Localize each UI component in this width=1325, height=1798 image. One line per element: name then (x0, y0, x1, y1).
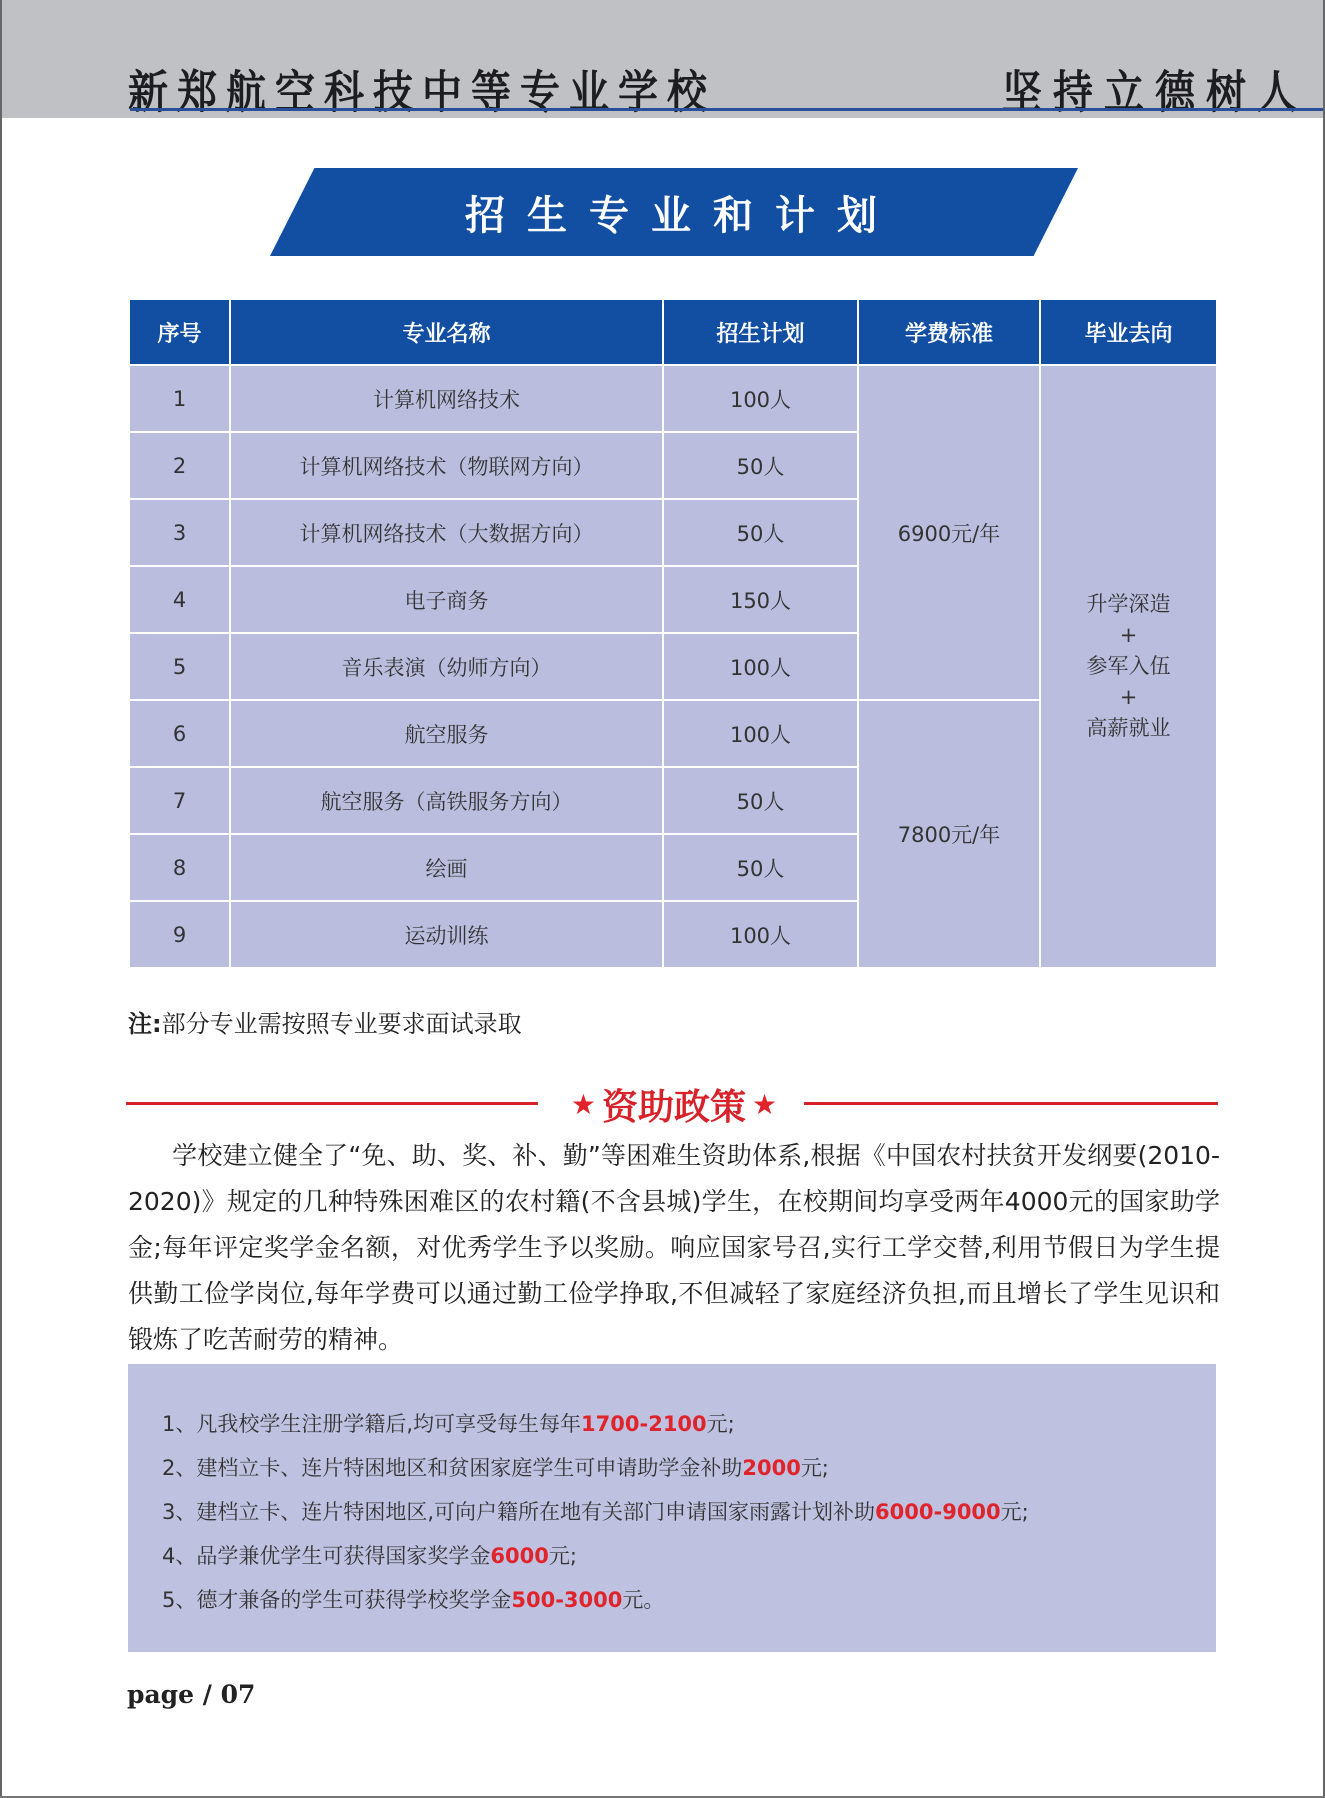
cell-quota: 100人 (663, 700, 858, 767)
divider-line-left (126, 1102, 538, 1105)
column-header-quota: 招生计划 (663, 299, 858, 365)
aid-policy-list: 1、凡我校学生注册学籍后,均可享受每生每年1700-2100元; 2、建档立卡、… (162, 1402, 1029, 1622)
school-motto: 坚持立德树人 (1002, 57, 1308, 121)
aid-section-header: ★ 资助政策 ★ (126, 1078, 1218, 1130)
column-header-no: 序号 (129, 299, 230, 365)
cell-no: 1 (129, 365, 230, 432)
note-text: 部分专业需按照专业要求面试录取 (162, 1010, 522, 1038)
cell-quota: 150人 (663, 566, 858, 633)
cell-no: 6 (129, 700, 230, 767)
header-divider (130, 108, 1325, 111)
aid-intro-text: 学校建立健全了“免、助、奖、补、勤”等困难生资助体系,根据《中国农村扶贫开发纲要… (128, 1141, 1220, 1354)
cell-quota: 50人 (663, 834, 858, 901)
cell-outcome: 升学深造 + 参军入伍 + 高薪就业 (1040, 365, 1217, 968)
cell-no: 3 (129, 499, 230, 566)
cell-no: 9 (129, 901, 230, 968)
cell-major: 电子商务 (230, 566, 663, 633)
cell-quota: 50人 (663, 767, 858, 834)
cell-no: 5 (129, 633, 230, 700)
policy-text: 5、德才兼备的学生可获得学校奖学金 (162, 1588, 511, 1612)
policy-amount: 6000-9000 (875, 1500, 1001, 1524)
policy-amount: 1700-2100 (581, 1412, 707, 1436)
policy-suffix: 元; (801, 1456, 829, 1480)
cell-major: 计算机网络技术 (230, 365, 663, 432)
policy-suffix: 元; (1001, 1500, 1029, 1524)
policy-amount: 2000 (742, 1456, 800, 1480)
banner-title: 招生专业和计划 (270, 168, 1078, 256)
page-border-left (0, 0, 2, 1798)
policy-item: 3、建档立卡、连片特困地区,可向户籍所在地有关部门申请国家雨露计划补助6000-… (162, 1490, 1029, 1534)
cell-quota: 50人 (663, 499, 858, 566)
outcome-line: 参军入伍 (1041, 651, 1216, 682)
cell-fee-group-2: 7800元/年 (858, 700, 1040, 968)
cell-fee-group-1: 6900元/年 (858, 365, 1040, 700)
column-header-major: 专业名称 (230, 299, 663, 365)
cell-major: 音乐表演（幼师方向） (230, 633, 663, 700)
aid-intro-paragraph: 学校建立健全了“免、助、奖、补、勤”等困难生资助体系,根据《中国农村扶贫开发纲要… (128, 1133, 1220, 1363)
aid-title-text: 资助政策 (602, 1079, 746, 1130)
divider-line-right (804, 1102, 1218, 1105)
note-label: 注: (128, 1010, 162, 1038)
star-icon: ★ (571, 1088, 596, 1121)
outcome-plus: + (1041, 682, 1216, 713)
cell-major: 计算机网络技术（物联网方向） (230, 432, 663, 499)
page-number: page / 07 (127, 1680, 255, 1709)
cell-no: 4 (129, 566, 230, 633)
cell-quota: 100人 (663, 365, 858, 432)
outcome-line: 升学深造 (1041, 589, 1216, 620)
column-header-outcome: 毕业去向 (1040, 299, 1217, 365)
policy-text: 1、凡我校学生注册学籍后,均可享受每生每年 (162, 1412, 581, 1436)
column-header-fee: 学费标准 (858, 299, 1040, 365)
page-header: 新郑航空科技中等专业学校 坚持立德树人 (0, 0, 1325, 118)
policy-suffix: 元。 (622, 1588, 664, 1612)
cell-no: 7 (129, 767, 230, 834)
aid-policy-box: 1、凡我校学生注册学籍后,均可享受每生每年1700-2100元; 2、建档立卡、… (128, 1364, 1216, 1652)
section-banner: 招生专业和计划 (270, 168, 1078, 256)
policy-item: 2、建档立卡、连片特困地区和贫困家庭学生可申请助学金补助2000元; (162, 1446, 1029, 1490)
cell-major: 绘画 (230, 834, 663, 901)
outcome-plus: + (1041, 620, 1216, 651)
policy-item: 4、品学兼优学生可获得国家奖学金6000元; (162, 1534, 1029, 1578)
cell-major: 航空服务（高铁服务方向） (230, 767, 663, 834)
aid-section-title: ★ 资助政策 ★ (546, 1078, 802, 1130)
cell-no: 2 (129, 432, 230, 499)
star-icon: ★ (752, 1088, 777, 1121)
enrollment-plan-table: 序号 专业名称 招生计划 学费标准 毕业去向 1 计算机网络技术 100人 69… (128, 298, 1218, 969)
cell-major: 计算机网络技术（大数据方向） (230, 499, 663, 566)
policy-suffix: 元; (549, 1544, 577, 1568)
table-note: 注:部分专业需按照专业要求面试录取 (128, 1004, 522, 1039)
cell-no: 8 (129, 834, 230, 901)
cell-quota: 100人 (663, 901, 858, 968)
table-header-row: 序号 专业名称 招生计划 学费标准 毕业去向 (129, 299, 1217, 365)
policy-amount: 500-3000 (511, 1588, 622, 1612)
school-name: 新郑航空科技中等专业学校 (128, 57, 716, 121)
cell-quota: 100人 (663, 633, 858, 700)
policy-item: 1、凡我校学生注册学籍后,均可享受每生每年1700-2100元; (162, 1402, 1029, 1446)
table-row: 1 计算机网络技术 100人 6900元/年 升学深造 + 参军入伍 + 高薪就… (129, 365, 1217, 432)
policy-amount: 6000 (490, 1544, 548, 1568)
cell-major: 运动训练 (230, 901, 663, 968)
policy-item: 5、德才兼备的学生可获得学校奖学金500-3000元。 (162, 1578, 1029, 1622)
policy-text: 2、建档立卡、连片特困地区和贫困家庭学生可申请助学金补助 (162, 1456, 742, 1480)
policy-text: 3、建档立卡、连片特困地区,可向户籍所在地有关部门申请国家雨露计划补助 (162, 1500, 875, 1524)
policy-text: 4、品学兼优学生可获得国家奖学金 (162, 1544, 490, 1568)
policy-suffix: 元; (707, 1412, 735, 1436)
cell-quota: 50人 (663, 432, 858, 499)
cell-major: 航空服务 (230, 700, 663, 767)
outcome-line: 高薪就业 (1041, 713, 1216, 744)
